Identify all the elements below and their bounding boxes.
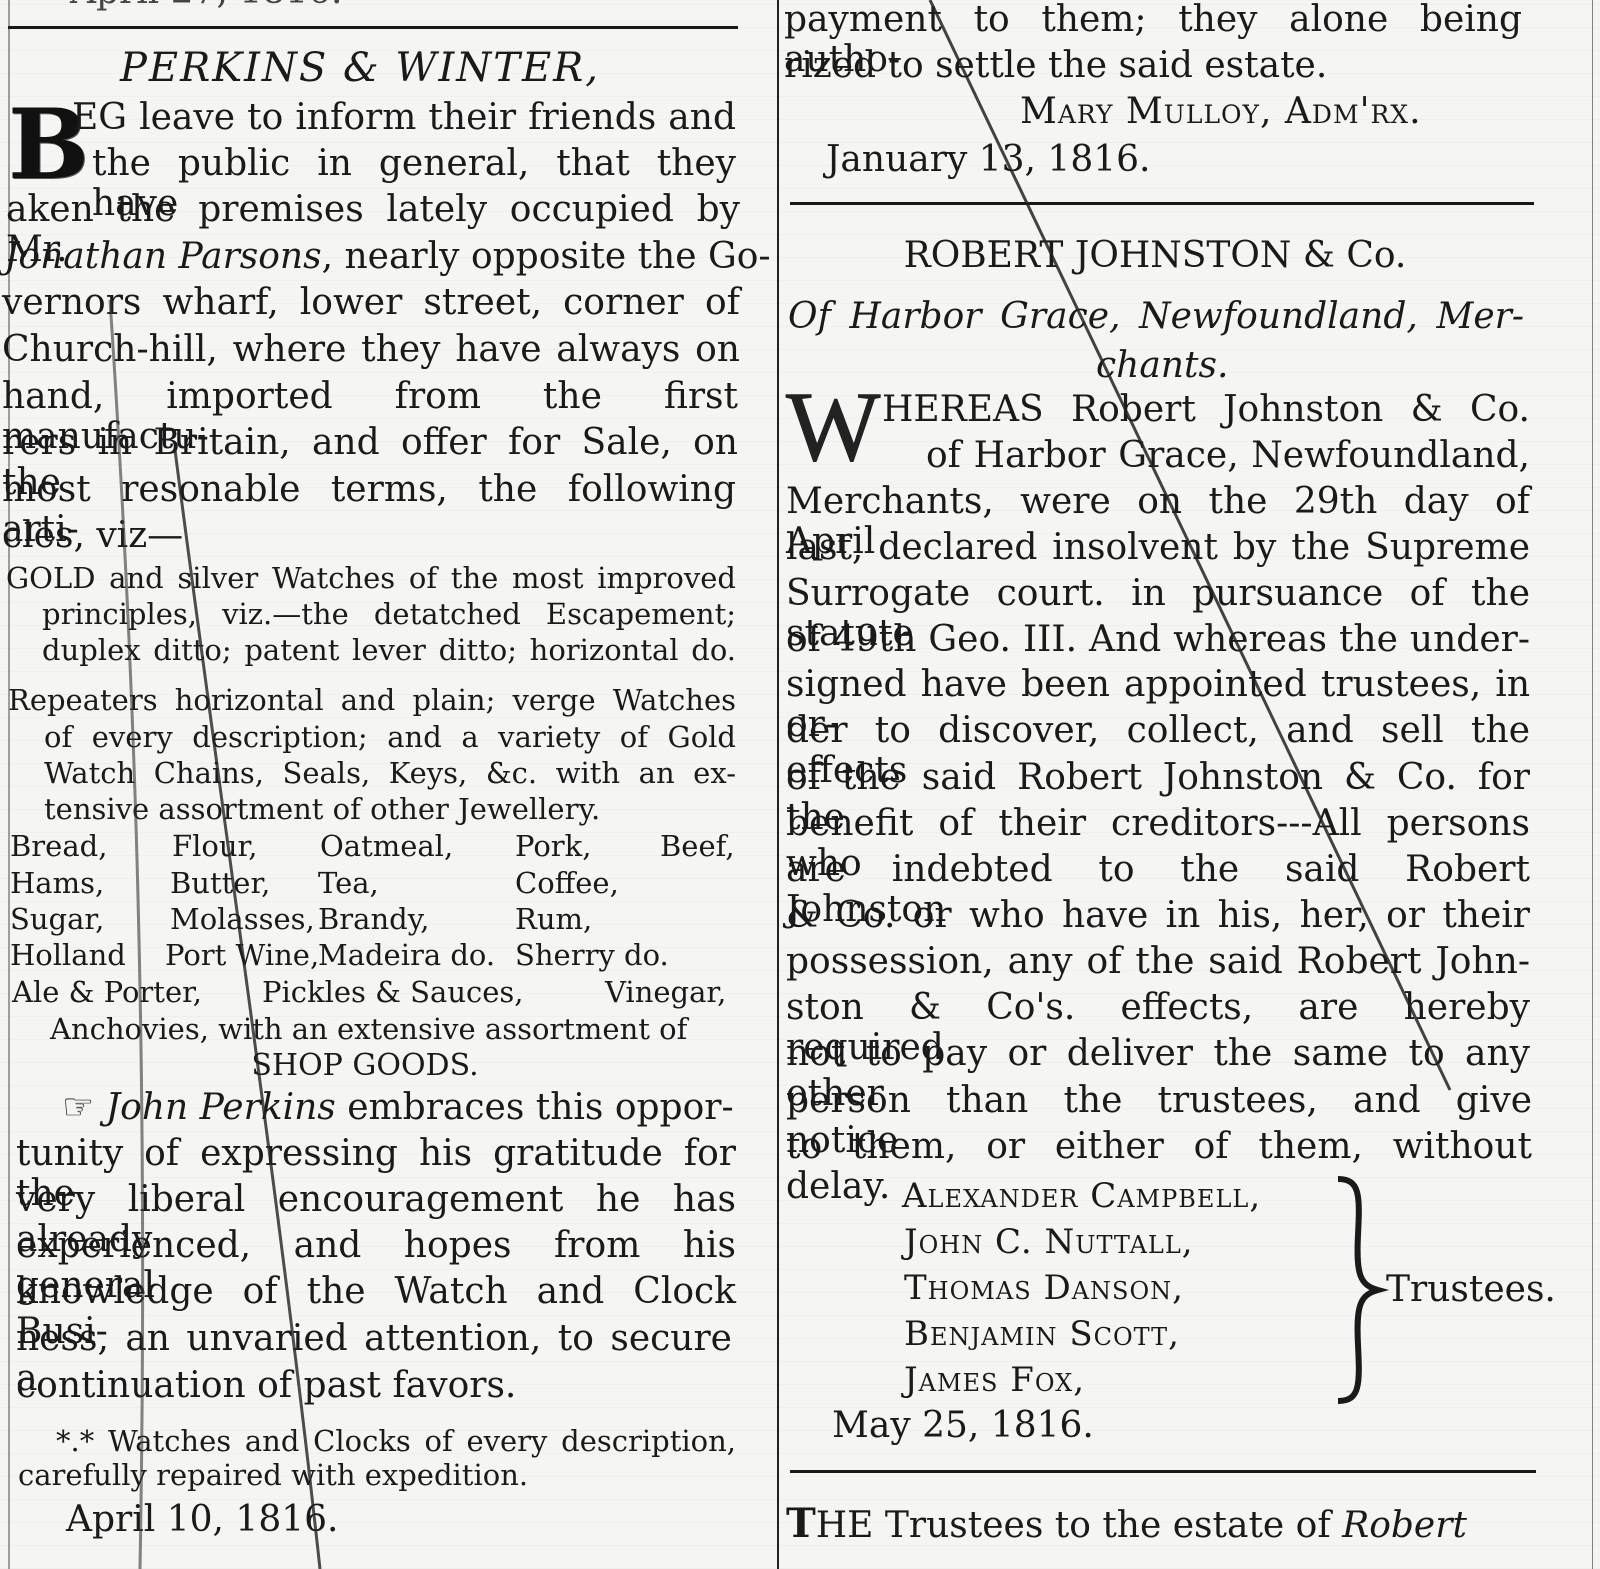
ad-separator-rule — [790, 202, 1534, 205]
ad-title-perkins-winter: PERKINS & WINTER, — [0, 48, 720, 88]
trustee-name: Benjamin Scott, — [904, 1314, 1180, 1354]
table-cell: Bread, — [10, 829, 107, 863]
body-line: possession, any of the said Robert John- — [786, 942, 1530, 982]
intro-line: Jonathan Parsons, nearly opposite the Go… — [4, 237, 740, 277]
watches-line: principles, viz.—the detatched Escapemen… — [42, 597, 736, 631]
body-line: of 49th Geo. III. And whereas the under- — [786, 620, 1530, 660]
dropcap-w: W — [786, 382, 880, 472]
intro-line-rest: , nearly opposite the Go- — [322, 236, 771, 277]
table-cell: Holland — [10, 938, 126, 972]
trustee-name: John C. Nuttall, — [904, 1222, 1194, 1262]
ad-subtitle-line: Of Harbor Grace, Newfoundland, Mer- — [788, 297, 1524, 337]
trustee-name: James Fox, — [904, 1360, 1085, 1400]
pointing-hand-icon: ☞ — [62, 1087, 94, 1128]
perkins-ad-date: April 10, 1816. — [66, 1500, 338, 1540]
intro-line: vernors wharf, lower street, corner of — [2, 283, 740, 323]
continued-line: rized to settle the said estate. — [784, 46, 1327, 86]
ad-subtitle-line: chants. — [1096, 346, 1228, 386]
table-cell: Sugar, — [10, 902, 104, 936]
whereas-line: HEREAS Robert Johnston & Co. — [882, 390, 1530, 430]
table-cell: Butter, — [170, 866, 270, 900]
repair-line: *.* Watches and Clocks of every descript… — [56, 1424, 736, 1458]
trustee-name: Alexander Campbell, — [902, 1176, 1261, 1216]
table-cell: Oatmeal, — [320, 829, 453, 863]
body-line: last, declared insolvent by the Supreme — [786, 528, 1530, 568]
next-ad-text: HE Trustees to the estate of — [816, 1505, 1342, 1546]
column-divider — [777, 0, 779, 1569]
table-cell: Port Wine, — [165, 938, 319, 972]
table-cell: Pork, — [515, 829, 591, 863]
table-cell: Ale & Porter, — [12, 975, 202, 1009]
next-ad-first-line: THE Trustees to the estate of Robert — [786, 1504, 1536, 1546]
ad-separator-rule — [8, 26, 738, 29]
ad-title-robert-johnston: ROBERT JOHNSTON & Co. — [790, 236, 1520, 276]
table-cell: Madeira do. — [318, 938, 495, 972]
intro-line: Church-hill, where they have always on — [2, 330, 740, 370]
table-cell: Hams, — [10, 866, 104, 900]
table-cell: Tea, — [318, 866, 379, 900]
johnston-notice-date: May 25, 1816. — [832, 1406, 1094, 1446]
watches-line: duplex ditto; patent lever ditto; horizo… — [42, 633, 736, 667]
repair-line: carefully repaired with expedition. — [18, 1458, 528, 1492]
intro-line: EG leave to inform their friends and — [72, 98, 736, 138]
newspaper-page: April 27, 1816. PERKINS & WINTER, B EG l… — [0, 0, 1600, 1569]
watches-line: tensive assortment of other Jewellery. — [44, 792, 600, 826]
body-line: of Harbor Grace, Newfoundland, — [926, 436, 1530, 476]
ad-separator-rule — [790, 1470, 1536, 1473]
table-cell: Rum, — [515, 902, 592, 936]
curly-brace-icon — [1330, 1175, 1390, 1405]
table-cell: Flour, — [172, 829, 257, 863]
body-line: & Co. or who have in his, her, or their — [786, 896, 1530, 936]
name-john-perkins: John Perkins — [106, 1087, 336, 1128]
name-jonathan-parsons: Jonathan Parsons — [4, 236, 322, 277]
watches-line: Watch Chains, Seals, Keys, &c. with an e… — [44, 756, 736, 790]
intro-line: cles, viz— — [2, 516, 183, 556]
table-cell: Vinegar, — [605, 975, 726, 1009]
table-cell: Sherry do. — [515, 938, 669, 972]
table-cell: Beef, — [660, 829, 735, 863]
table-cell: Brandy, — [318, 902, 429, 936]
perkins-line: embraces this oppor- — [336, 1087, 734, 1128]
trustees-label: Trustees. — [1386, 1270, 1556, 1310]
table-cell: Molasses, — [170, 902, 315, 936]
watches-line: Repeaters horizontal and plain; verge Wa… — [8, 683, 736, 717]
watches-line: GOLD and silver Watches of the most impr… — [6, 561, 736, 595]
table-cell: Coffee, — [515, 866, 619, 900]
perkins-line: continuation of past favors. — [16, 1366, 516, 1406]
perkins-first-line: ☞ John Perkins embraces this oppor- — [62, 1088, 738, 1128]
name-robert: Robert — [1342, 1505, 1467, 1546]
administratrix-signature: Mary Mulloy, Adm'rx. — [1020, 92, 1422, 132]
table-cell: Pickles & Sauces, — [262, 975, 524, 1009]
previous-ad-date-fragment: April 27, 1816. — [70, 0, 670, 12]
anchovies-line: Anchovies, with an extensive assortment … — [50, 1012, 710, 1046]
right-margin-rule — [1592, 0, 1593, 1569]
shop-goods-heading: SHOP GOODS. — [0, 1046, 730, 1086]
trustee-name: Thomas Danson, — [904, 1268, 1184, 1308]
watches-line: of every description; and a variety of G… — [44, 720, 736, 754]
dropcap-t: T — [786, 1500, 816, 1547]
mulloy-notice-date: January 13, 1816. — [826, 140, 1150, 180]
